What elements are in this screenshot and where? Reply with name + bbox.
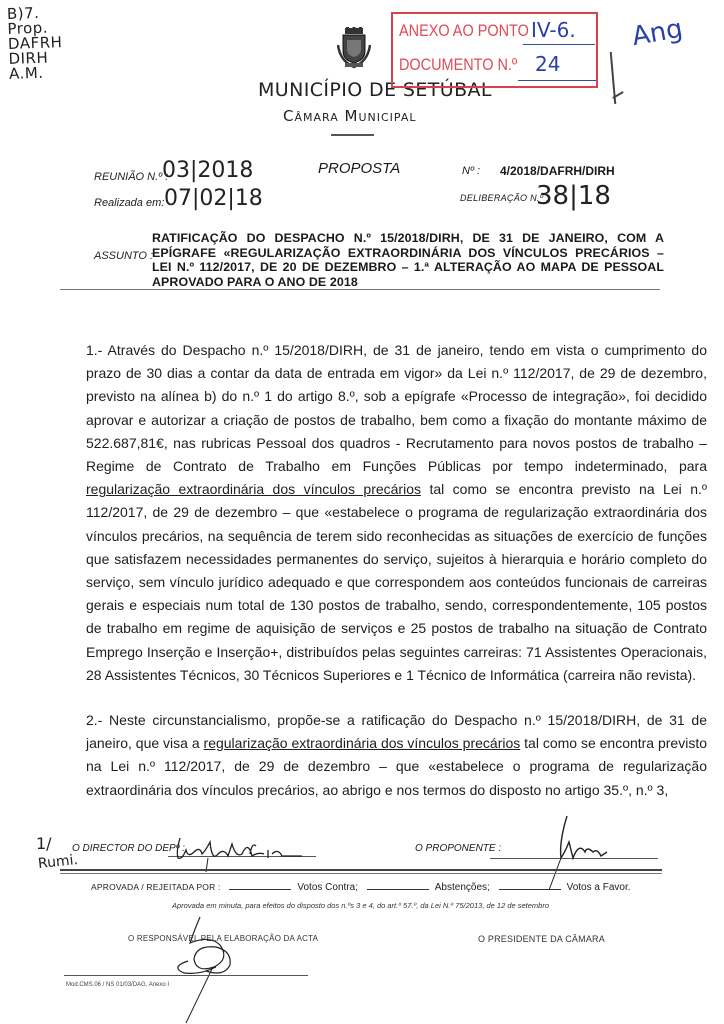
proponent-label: O PROPONENTE : [415, 843, 501, 854]
proponent-signature-icon [545, 812, 615, 892]
meeting-date-label: Realizada em: [94, 197, 164, 209]
paragraph-1: 1.- Através do Despacho n.º 15/2018/DIRH… [86, 339, 707, 687]
stamp-document-value: 24 [535, 52, 560, 76]
minutes-approval-note: Aprovada em minuta, para efeitos do disp… [172, 901, 549, 910]
document-type: PROPOSTA [318, 160, 400, 177]
coat-of-arms-icon [337, 27, 371, 69]
meeting-number-label: REUNIÃO N.º : [94, 171, 168, 183]
underlined-phrase: regularização extraordinária dos vínculo… [86, 481, 421, 497]
form-code: Mod.CMS.06 / NS 01/03/DAG, Anexo I [66, 982, 169, 988]
paragraph-2: 2.- Neste circunstancialismo, propõe-se … [86, 709, 707, 802]
signature-divider [60, 869, 662, 871]
votes-against-field [229, 889, 291, 890]
approved-rejected-label: APROVADA / REJEITADA POR : [91, 882, 221, 892]
underlined-phrase: regularização extraordinária dos vínculo… [204, 735, 521, 751]
subject-label: ASSUNTO : [94, 250, 153, 262]
abstentions-label: Abstenções; [435, 882, 490, 893]
votes-against-label: Votos Contra; [297, 882, 358, 893]
voting-line: APROVADA / REJEITADA POR : Votos Contra;… [91, 882, 631, 893]
annex-stamp: ANEXO AO PONTO IV-6. DOCUMENTO N.º 24 [391, 12, 598, 88]
stamp-document-label: DOCUMENTO N.º [399, 55, 517, 75]
signature-divider [60, 873, 662, 874]
handwritten-initials: Ang [630, 14, 685, 52]
handwritten-reference-note: B)7. Prop. DAFRH DIRH A.M. [7, 5, 64, 82]
proposal-number-value: 4/2018/DAFRH/DIRH [500, 164, 615, 178]
stamp-annex-label: ANEXO AO PONTO [399, 21, 529, 41]
handwritten-tick: 1/ [36, 834, 52, 853]
subject-divider [60, 289, 660, 290]
chamber-subtitle: Câmara Municipal [283, 107, 416, 125]
votes-favor-label: Votos a Favor. [567, 882, 631, 893]
director-signature-icon [172, 832, 322, 872]
meeting-date-value: 07|02|18 [164, 186, 263, 211]
mayor-label: O PRESIDENTE DA CÂMARA [478, 934, 605, 944]
meeting-number-value: 03|2018 [162, 158, 253, 183]
votes-favor-field [499, 889, 561, 890]
subject-text: RATIFICAÇÃO DO DESPACHO N.º 15/2018/DIRH… [152, 231, 664, 289]
subject-body: RATIFICAÇÃO DO DESPACHO N.º 15/2018/DIRH… [152, 231, 664, 274]
director-label: O DIRECTOR DO DEPº : [72, 843, 185, 854]
stamp-annex-value: IV-6. [531, 18, 576, 42]
subject-last-line: APROVADO PARA O ANO DE 2018 [152, 275, 664, 290]
footer-divider [64, 975, 308, 976]
minutes-responsible-signature-icon [160, 915, 280, 1024]
paragraph-text: tal como se encontra previsto na Lei n.º… [86, 481, 707, 683]
paragraph-text: 1.- Através do Despacho n.º 15/2018/DIRH… [86, 342, 707, 474]
stamp-underline [523, 44, 595, 45]
title-divider [331, 134, 374, 136]
deliberation-number-value: 38|18 [536, 181, 611, 211]
abstentions-field [367, 889, 429, 890]
proposal-number-label: Nº : [462, 165, 480, 177]
note-line: A.M. [9, 65, 64, 82]
stamp-underline [518, 80, 596, 81]
